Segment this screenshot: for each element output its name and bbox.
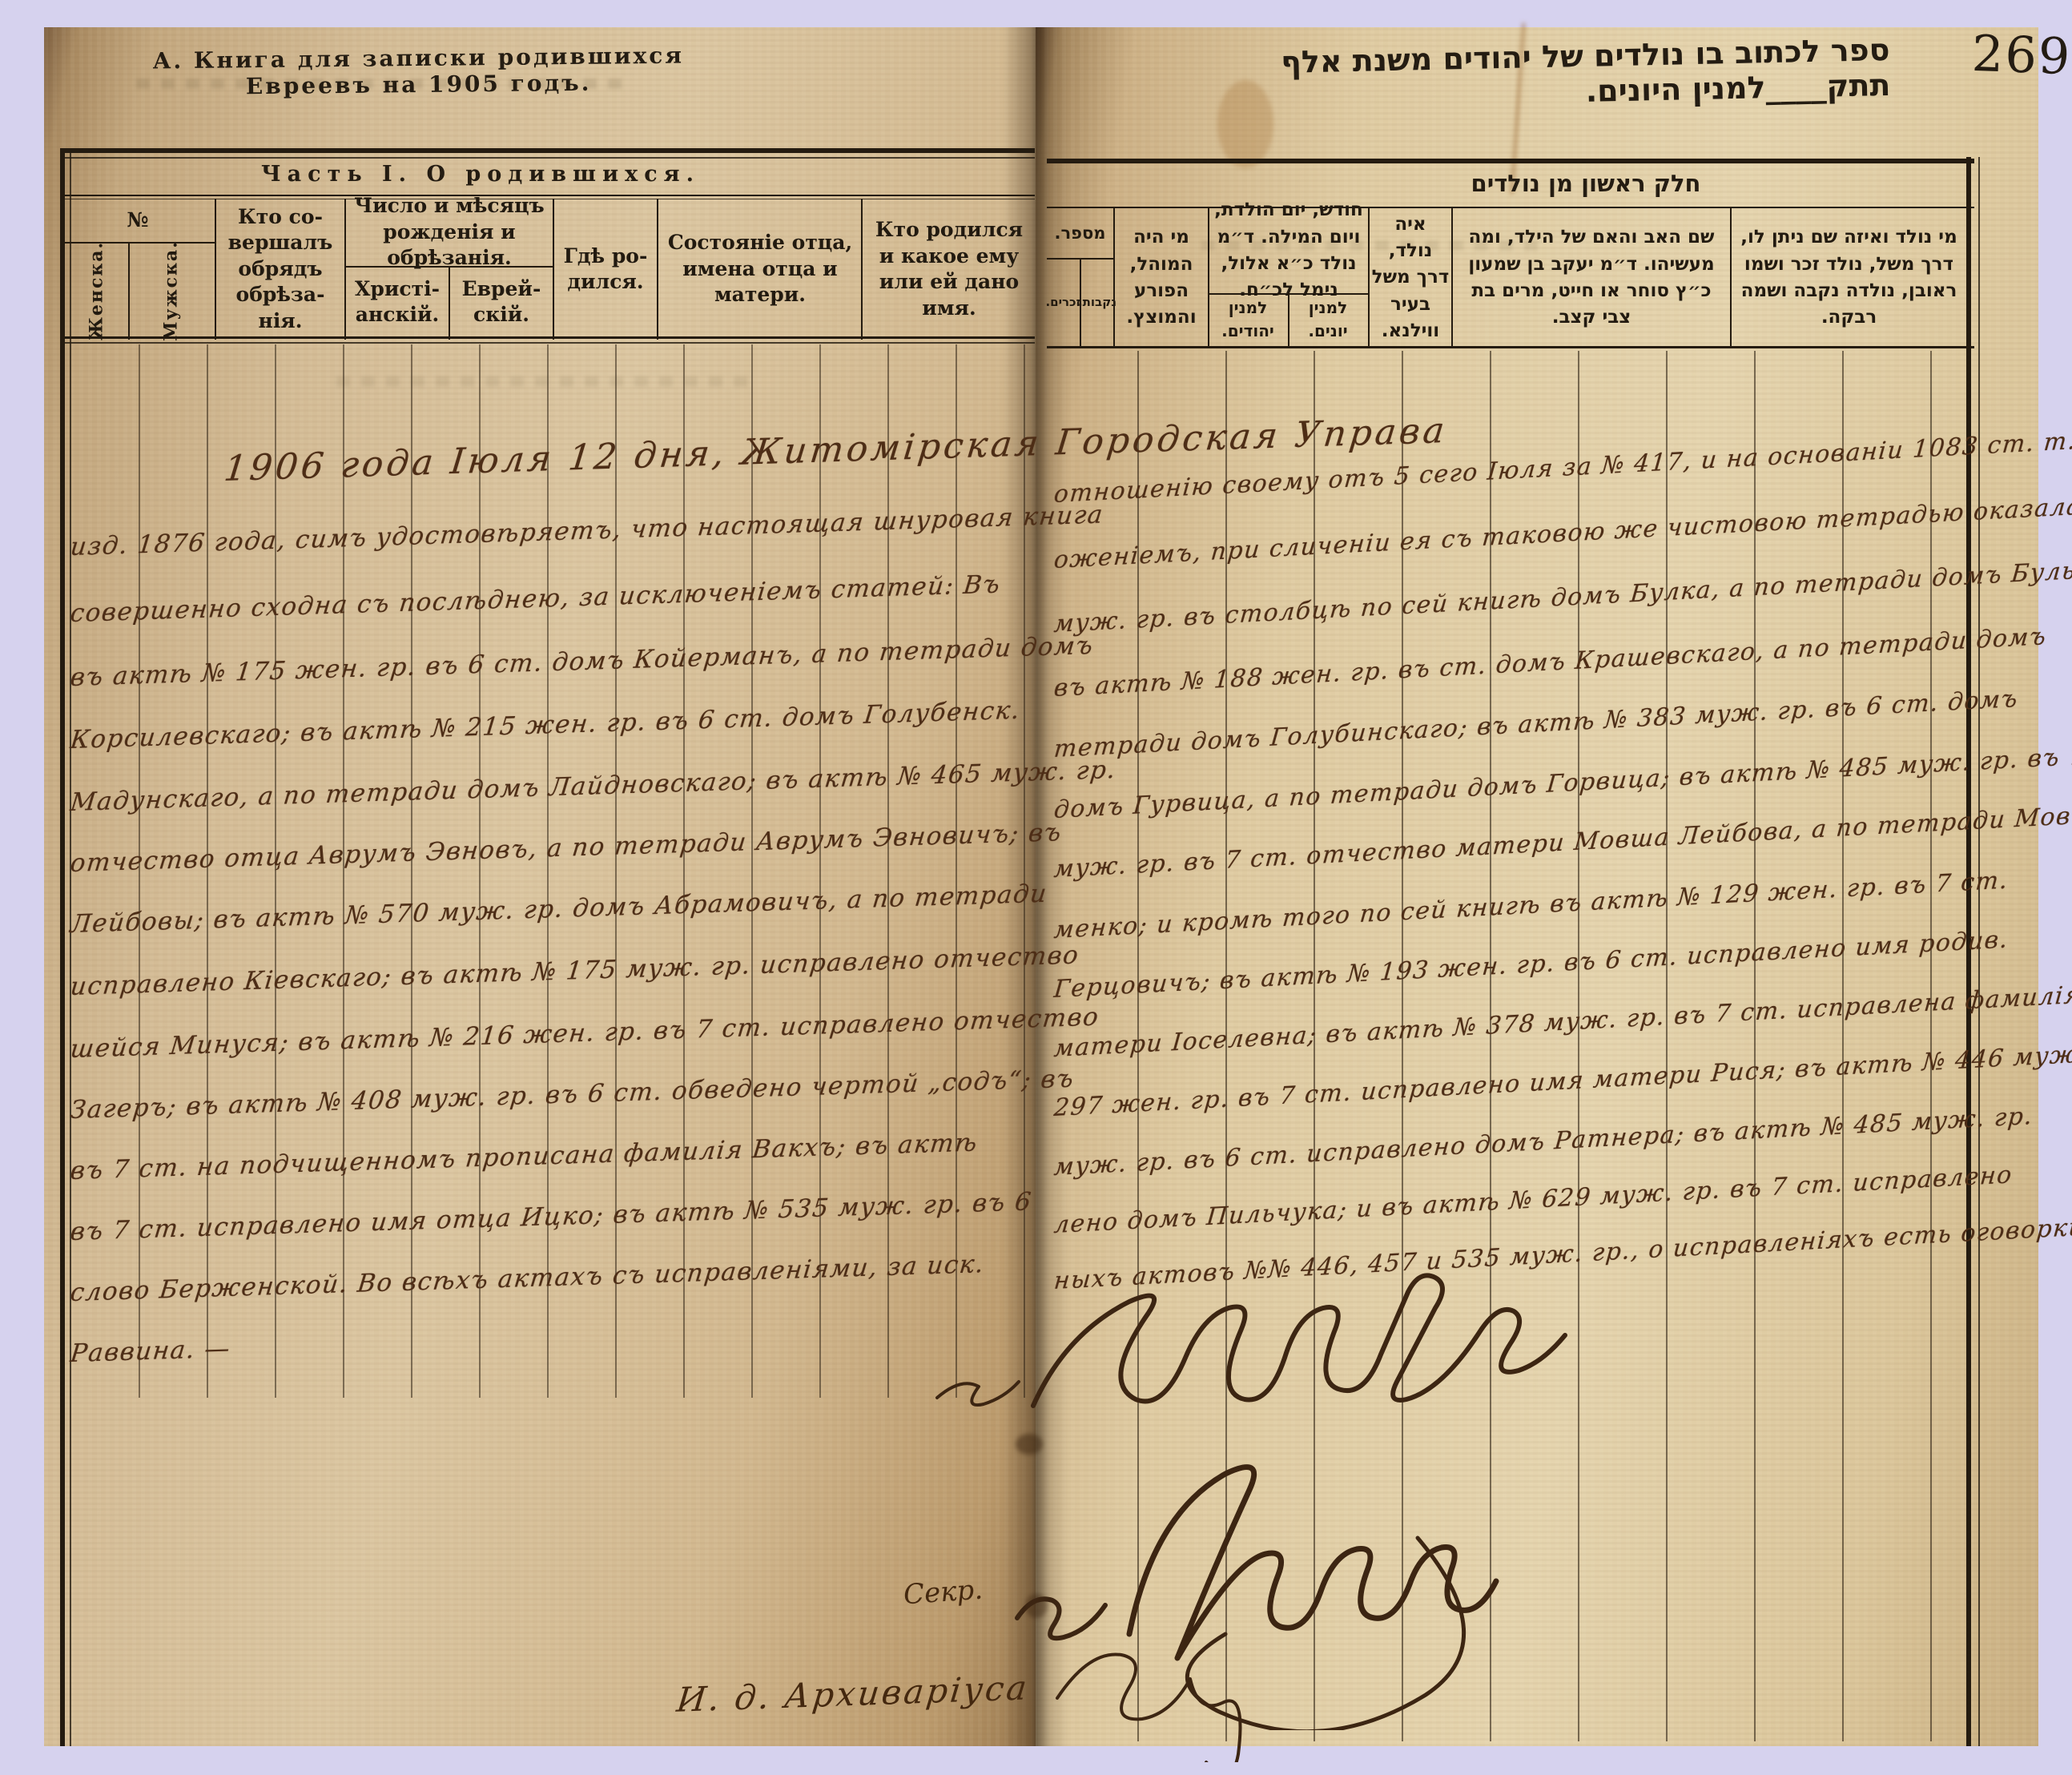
col-jewish: Еврей­скій. [452,268,551,336]
subcol-rule [1047,258,1113,260]
left-header-bottom-inner [60,342,1035,344]
col-line [1730,208,1732,346]
col-who-born-he: מי נולד ואיזה שם ניתן לו, דרך משל, נולד … [1733,211,1965,344]
handwriting-line: Раввина. — [69,1334,232,1368]
right-header-rule [1047,207,1974,208]
col-line [1113,208,1115,346]
col-date-group: Число и мѣсяцъ рож­денія и обрѣзанія. [348,200,551,264]
left-table-top-border-inner [60,157,1035,159]
subcol-line [128,242,130,340]
col-greek-count-he: למנין יונים. [1289,295,1366,344]
col-line [657,199,658,340]
col-male: Мужска. [131,245,211,336]
registry-book-scan: А. Книга для записки родившихся Евреевъ … [0,0,2072,1775]
col-males-he: זכרים. [1047,261,1080,344]
subcol-line [449,266,450,340]
left-part-title: Часть I. О родившихся. [208,162,753,187]
col-parents-he: שם האב והאם של הילד, ומה מעשיהו. ד״מ יעק… [1454,211,1728,344]
right-header-bottom [1047,346,1974,348]
col-line [1368,208,1370,346]
archivist-signature-flourish [1033,1626,1306,1762]
col-line [861,199,863,340]
left-table-top-border [60,148,1035,153]
col-line [1451,208,1453,346]
col-father-status: Состояніе отца, имена отца и матери. [662,202,859,336]
col-date-group-he: חודש, יום הולדת, ויום המילה. ד״מ נולד כ״… [1211,210,1366,292]
left-header-bottom [60,336,1035,339]
right-part-title: חלק ראשון מן נולדים [1362,170,1810,197]
right-table-top-border [1047,159,1974,163]
col-mohel-he: מי היה המוהל, הפורע והמוצץ. [1116,211,1206,344]
col-line [215,199,216,340]
page-number: 269 [1971,24,2072,86]
col-who-born: Кто родился и какое ему или ей дано имя. [866,202,1032,336]
col-number: № [62,200,213,240]
col-performer: Кто со­вершалъ обрядъ обрѣза­нія. [219,202,341,336]
left-table-left-border-inner [70,148,71,1746]
col-line [553,199,554,340]
left-table-left-border [60,148,65,1746]
col-christian: Христі­анскій. [348,268,447,336]
col-female: Женска. [67,245,127,336]
left-printed-header: А. Книга для записки родившихся Евреевъ … [132,42,706,100]
col-line [344,199,346,340]
col-number-he: מספר. [1048,210,1112,256]
col-females-he: נקבות. [1081,261,1113,344]
official-signature-flourish [921,1246,1706,1470]
col-jewish-count-he: למנין יהודים. [1209,295,1286,344]
col-where-born: Гдѣ ро­дился. [556,202,655,336]
col-where-born-he: איה נולד, דרך משל בעיר ווילנא. [1371,211,1450,344]
